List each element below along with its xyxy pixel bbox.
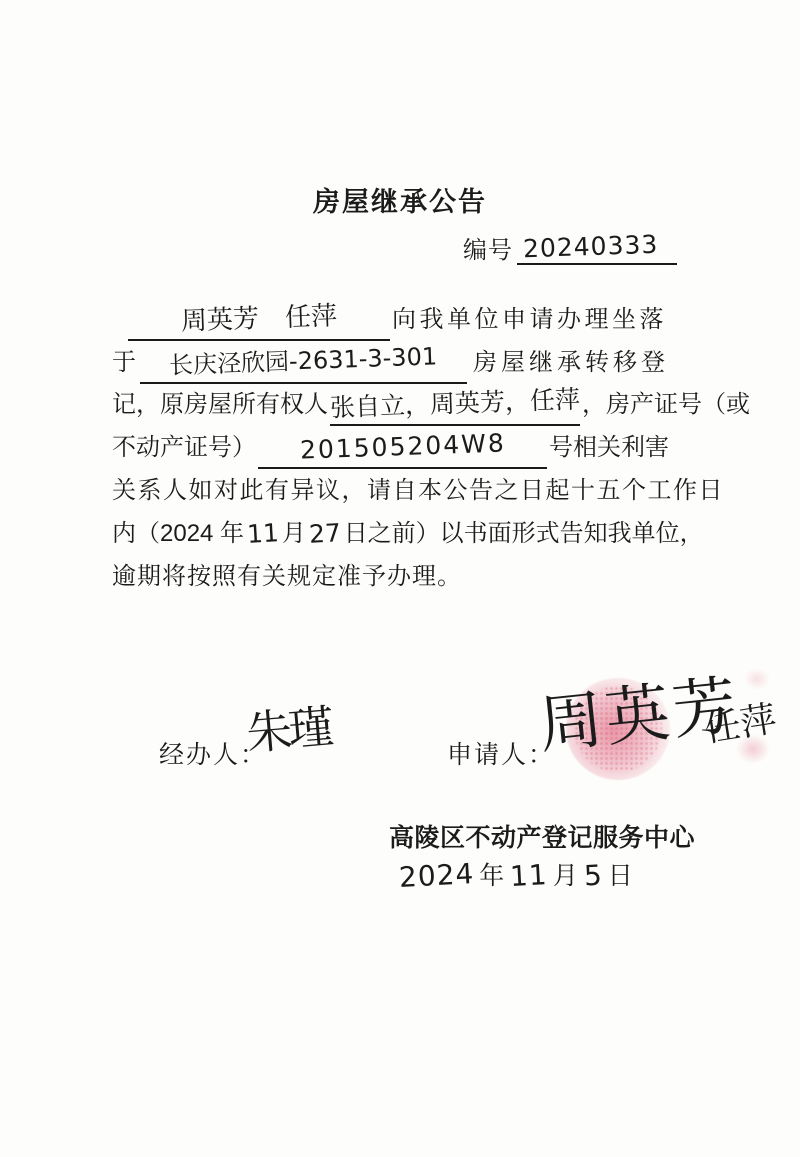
number-underline: 20240333 [517, 232, 677, 265]
document-number-line: 编号 20240333 [463, 230, 677, 265]
scanned-notice-page: 房屋继承公告 编号 20240333 周英芳 任萍 向我单位申请办理坐落 于 长… [0, 0, 800, 1157]
line1-printed-text: 向我单位申请办理坐落 [392, 299, 667, 341]
deadline-month-handwritten: 11 [246, 512, 280, 556]
issue-month-handwritten: 11 [509, 858, 548, 893]
issue-date-line: 2024 年 11 月 5 日 [394, 856, 634, 892]
document-title: 房屋继承公告 [0, 180, 800, 219]
address-handwritten: 长庆泾欣园-2631-3-301 [169, 336, 438, 385]
day-label-footer: 日 [608, 856, 634, 892]
applicants-underline: 周英芳 任萍 [128, 298, 390, 341]
issue-day-handwritten: 5 [583, 859, 604, 893]
number-label: 编号 [463, 230, 513, 265]
line6-open: 内（2024 年 [112, 513, 244, 555]
cert-suffix: 号相关利害 [549, 427, 669, 469]
body-line-7: 逾期将按照有关规定准予办理。 [112, 556, 669, 598]
line6-close: 日之前）以书面形式告知我单位， [344, 513, 704, 555]
handler-signature: 朱瑾 [243, 690, 332, 763]
owners-suffix: ，房产证号（或 [582, 384, 750, 426]
line2-printed-text: 房屋继承转移登 [473, 342, 669, 384]
month-label: 月 [282, 513, 306, 555]
owners-prefix: 记，原房屋所有权人 [112, 384, 328, 426]
applicant-label: 申请人： [447, 735, 555, 771]
body-line-5: 关系人如对此有异议，请自本公告之日起十五个工作日 [112, 470, 669, 512]
owners-handwritten: 张自立，周英芳，任萍 [329, 380, 580, 429]
line2-prefix: 于 [112, 342, 136, 384]
cert-underline: 201505204W8 [258, 427, 547, 469]
month-label-footer: 月 [553, 856, 579, 892]
deadline-day-handwritten: 27 [308, 512, 342, 556]
applicants-handwritten: 周英芳 任萍 [180, 296, 337, 341]
cert-prefix: 不动产证号） [112, 427, 256, 469]
body-line-6: 内（2024 年 11 月 27 日之前）以书面形式告知我单位， [112, 513, 669, 555]
issuing-org-name: 高陵区不动产登记服务中心 [389, 818, 695, 854]
body-line-1: 周英芳 任萍 向我单位申请办理坐落 [112, 298, 669, 341]
issue-year-handwritten: 2024 [398, 857, 475, 894]
fingerprint-smudge-small [744, 668, 770, 690]
cert-number-handwritten: 201505204W8 [299, 423, 506, 470]
body-line-3: 记，原房屋所有权人 张自立，周英芳，任萍 ，房产证号（或 [112, 384, 669, 426]
address-underline: 长庆泾欣园-2631-3-301 [140, 341, 467, 384]
year-label: 年 [479, 856, 505, 892]
body-line-4: 不动产证号） 201505204W8 号相关利害 [112, 427, 669, 469]
body-line-2: 于 长庆泾欣园-2631-3-301 房屋继承转移登 [112, 341, 669, 384]
owners-underline: 张自立，周英芳，任萍 [330, 384, 580, 426]
number-value-handwritten: 20240333 [523, 230, 659, 264]
